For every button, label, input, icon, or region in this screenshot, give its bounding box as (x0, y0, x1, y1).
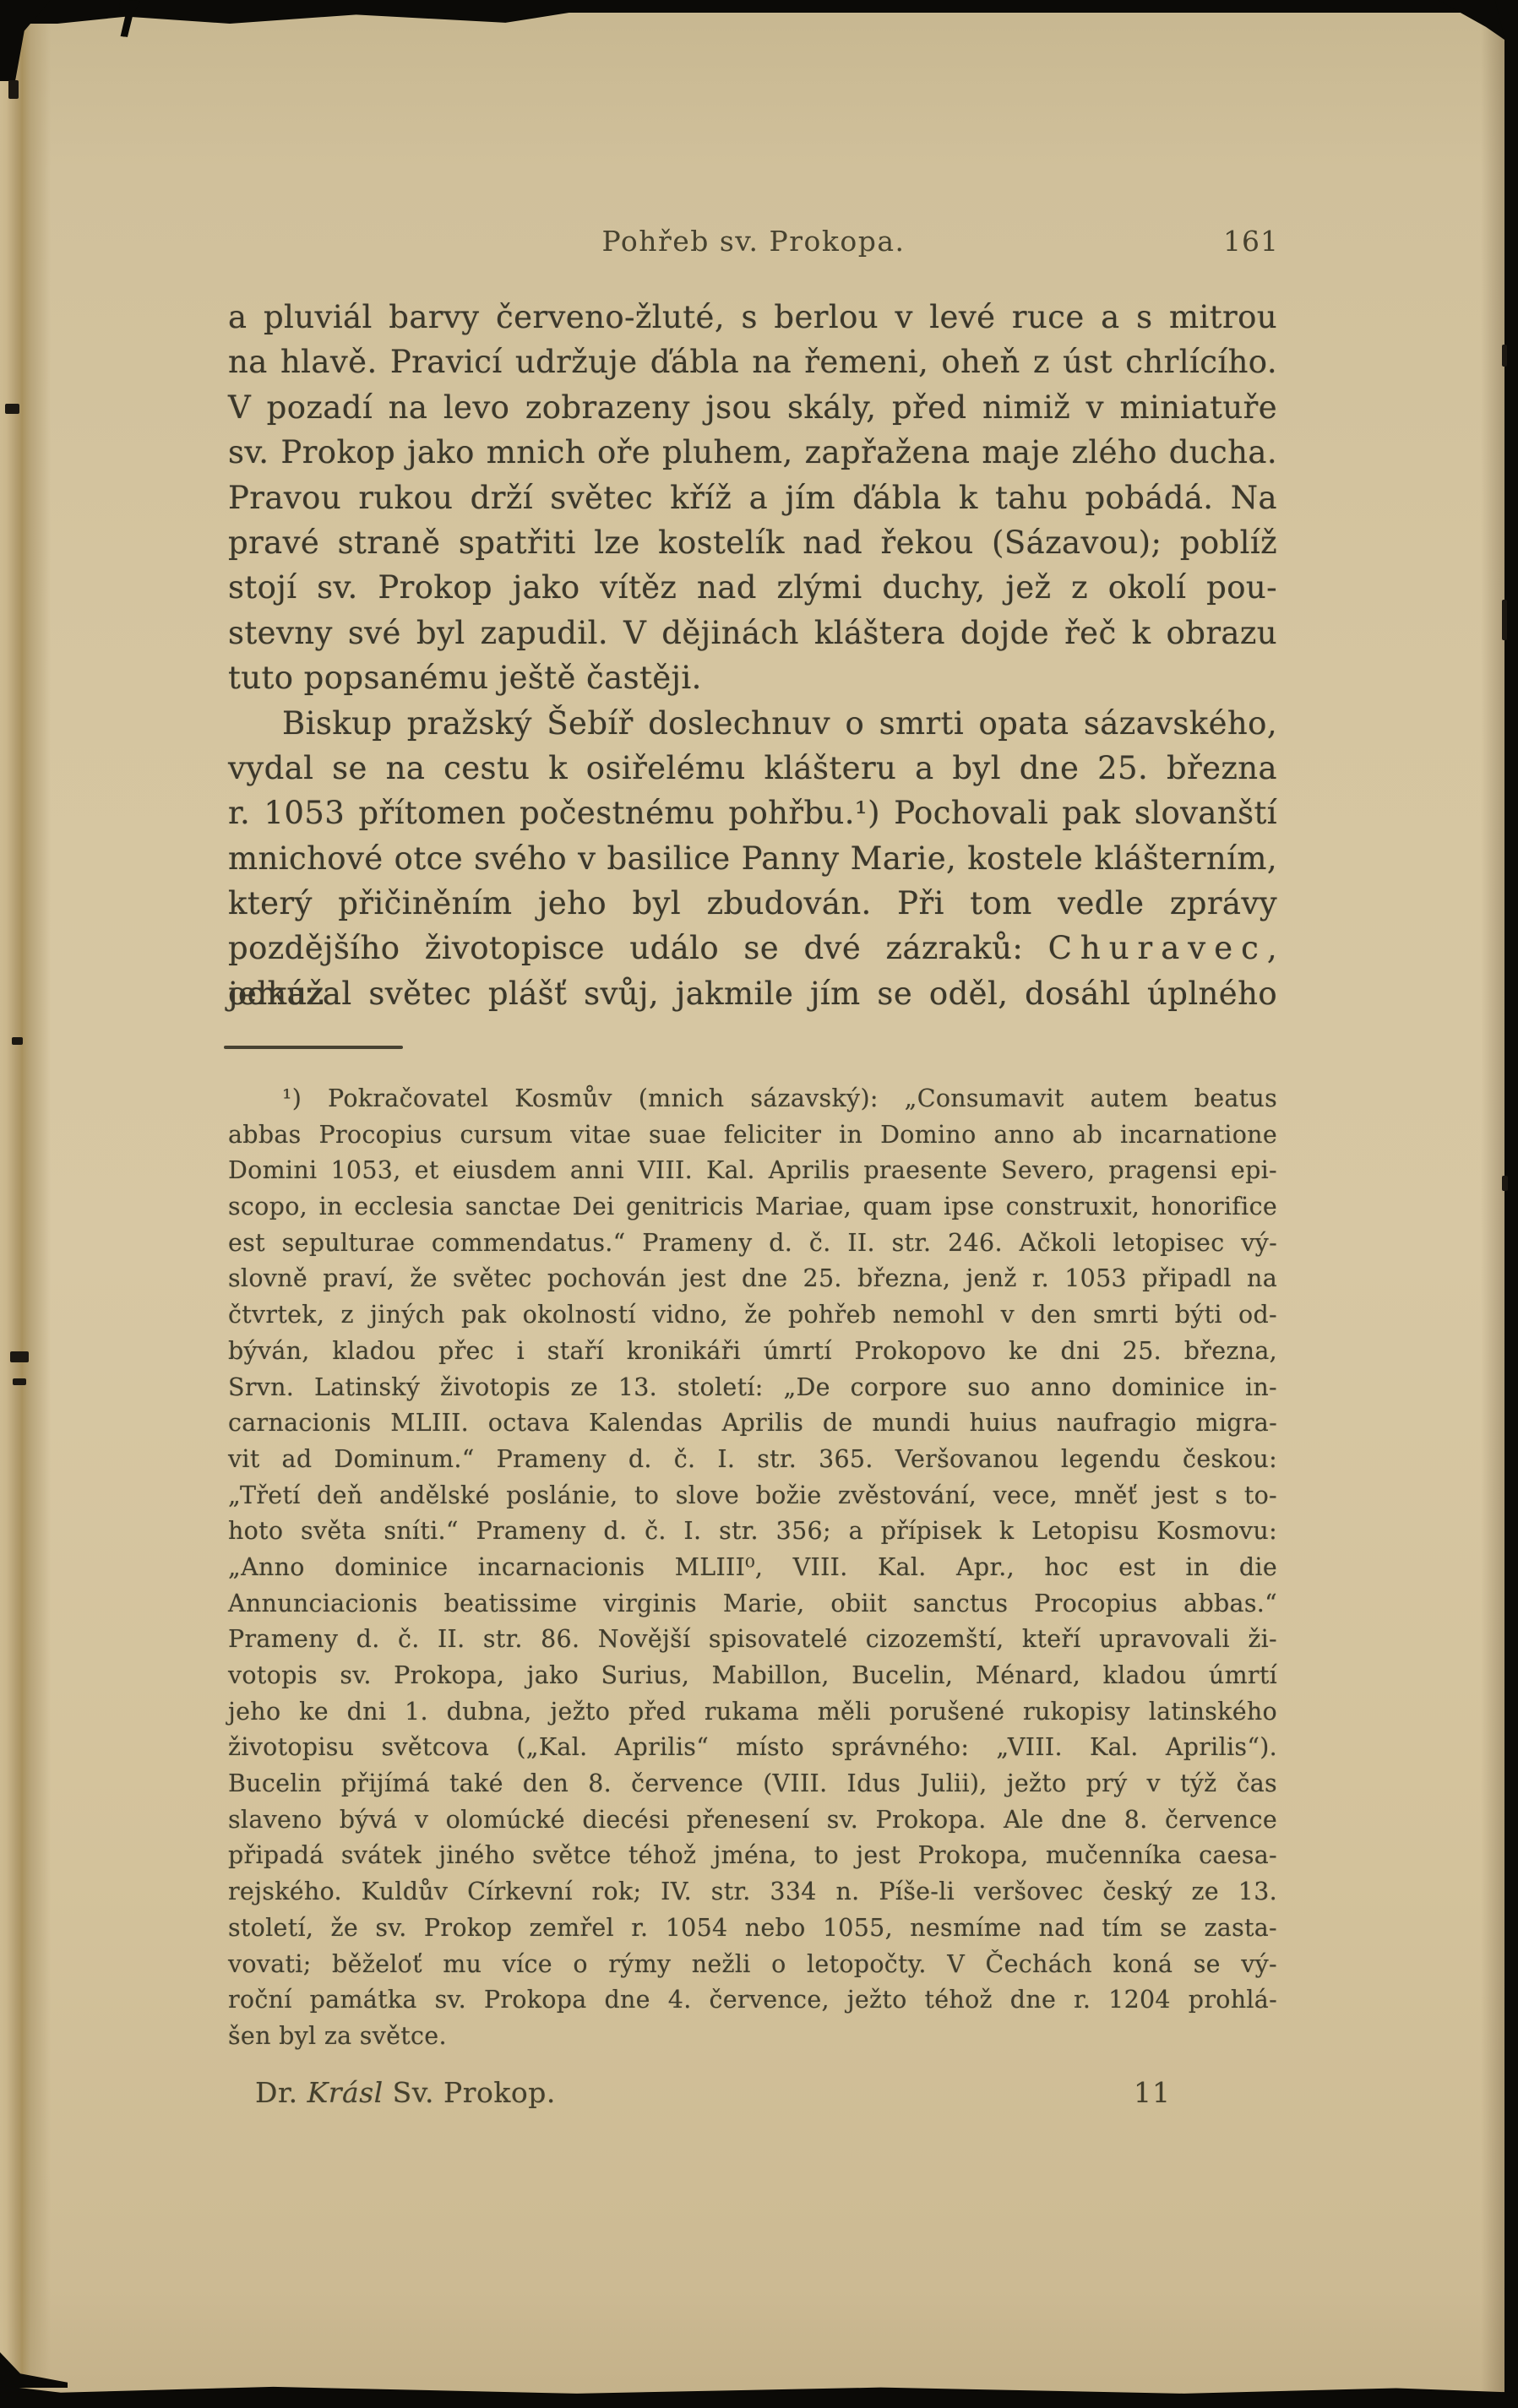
footnote-line: Srvn. Latinský životopis ze 13. století:… (228, 1370, 1277, 1406)
footnote-line: býván, kladou přec i staří kronikáři úmr… (228, 1334, 1277, 1370)
footnote-line: jeho ke dni 1. dubna, ježto před rukama … (228, 1694, 1277, 1731)
footnote-line: připadá svátek jiného světce téhož jména… (228, 1838, 1277, 1874)
footer-prefix: Dr. (255, 2076, 307, 2109)
body-text-line: vydal se na cestu k osiřelému klášteru a… (228, 746, 1277, 791)
footnote-line: rejského. Kuldův Církevní rok; IV. str. … (228, 1874, 1277, 1911)
footer-book-title: Sv. Prokop. (384, 2076, 556, 2109)
body-text-line: tuto popsanému ještě častěji. (228, 655, 1277, 700)
body-text-line: odkázal světec plášť svůj, jakmile jím s… (228, 971, 1277, 1016)
footnote-line: Domini 1053, et eiusdem anni VIII. Kal. … (228, 1153, 1277, 1189)
body-text-line: V pozadí na levo zobrazeny jsou skály, p… (228, 385, 1277, 430)
footnote-line: est sepulturae commendatus.“ Prameny d. … (228, 1226, 1277, 1262)
scan-speck (1502, 1176, 1508, 1191)
body-text: a pluviál barvy červeno-žluté, s berlou … (228, 295, 1277, 1016)
footnote-line: carnacionis MLIII. octava Kalendas April… (228, 1405, 1277, 1442)
scan-speck (1502, 345, 1507, 367)
body-text-line: mnichové otce svého v basilice Panny Mar… (228, 836, 1277, 881)
scan-speck (5, 404, 19, 414)
scan-mark-top (117, 0, 140, 38)
body-text-line: Pravou rukou drží světec kříž a jím ďábl… (228, 476, 1277, 520)
footnote-line: století, že sv. Prokop zemřel r. 1054 ne… (228, 1911, 1277, 1947)
footnote-line: vit ad Dominum.“ Prameny d. č. I. str. 3… (228, 1442, 1277, 1478)
body-text-line: sv. Prokop jako mnich oře pluhem, zapřaž… (228, 430, 1277, 475)
footnote-text: ¹) Pokračovatel Kosmův (mnich sázavský):… (228, 1081, 1277, 2055)
footer-author: Krásl (307, 2076, 384, 2109)
footnote-line: Annunciacionis beatissime virginis Marie… (228, 1586, 1277, 1623)
scan-edge-bottom (0, 2376, 1518, 2408)
body-text-line: Biskup pražský Šebíř doslechnuv o smrti … (228, 701, 1277, 746)
scan-speck (10, 1351, 29, 1362)
footnote-line: životopisu světcova („Kal. Aprilis“ míst… (228, 1730, 1277, 1766)
body-text-line: který přičiněním jeho byl zbudován. Při … (228, 881, 1277, 926)
footnote-line: slaveno bývá v olomúcké diecési přenesen… (228, 1802, 1277, 1839)
body-text-line: r. 1053 přítomen počestnému pohřbu.¹) Po… (228, 791, 1277, 835)
scan-speck (13, 1378, 26, 1385)
footnote-line: Bucelin přijímá také den 8. července (VI… (228, 1766, 1277, 1802)
footnote-line: slovně praví, že světec pochován jest dn… (228, 1261, 1277, 1297)
body-text-line: a pluviál barvy červeno-žluté, s berlou … (228, 295, 1277, 340)
body-text-line: pravé straně spatřiti lze kostelík nad ř… (228, 520, 1277, 565)
body-text-line: stevny své byl zapudil. V dějinách klášt… (228, 611, 1277, 655)
footnote-line: hoto světa sníti.“ Prameny d. č. I. str.… (228, 1514, 1277, 1550)
scan-speck (1502, 600, 1507, 640)
page-left-edge-shadow (0, 0, 51, 2408)
page-footer: Dr. Krásl Sv. Prokop. 11 (255, 2076, 1279, 2113)
footnote-line: scopo, in ecclesia sanctae Dei genitrici… (228, 1189, 1277, 1226)
footnote-line: „Třetí deň andělské poslánie, to slove b… (228, 1478, 1277, 1514)
footnote-line: Prameny d. č. II. str. 86. Novější spiso… (228, 1622, 1277, 1658)
scanned-book-page: Pohřeb sv. Prokopa. 161 a pluviál barvy … (0, 0, 1518, 2408)
footnote-line: ¹) Pokračovatel Kosmův (mnich sázavský):… (228, 1081, 1277, 1117)
page-header: Pohřeb sv. Prokopa. 161 (228, 225, 1279, 258)
scan-edge-top-left (0, 0, 574, 24)
footnote-separator-rule (224, 1046, 403, 1049)
footnote-line: votopis sv. Prokopa, jako Surius, Mabill… (228, 1658, 1277, 1694)
body-text-line: na hlavě. Pravicí udržuje ďábla na řemen… (228, 340, 1277, 384)
body-text-line: pozdějšího životopisce událo se dvé zázr… (228, 926, 1277, 970)
scan-speck (12, 1037, 23, 1045)
footnote-line: roční památka sv. Prokopa dne 4. červenc… (228, 1982, 1277, 2019)
page-number: 161 (1223, 225, 1279, 258)
scan-speck (8, 80, 19, 99)
footnote-line: čtvrtek, z jiných pak okolností vidno, ž… (228, 1297, 1277, 1334)
body-text-line: stojí sv. Prokop jako vítěz nad zlými du… (228, 565, 1277, 610)
footnote-line: „Anno dominice incarnacionis MLIII⁰, VII… (228, 1550, 1277, 1586)
signature-number: 11 (1134, 2076, 1171, 2109)
running-title: Pohřeb sv. Prokopa. (601, 225, 905, 258)
footnote-line: abbas Procopius cursum vitae suae felici… (228, 1117, 1277, 1154)
footnote-line: šen byl za světce. (228, 2019, 1277, 2055)
footnote-line: vovati; běželoť mu více o rýmy nežli o l… (228, 1947, 1277, 1983)
